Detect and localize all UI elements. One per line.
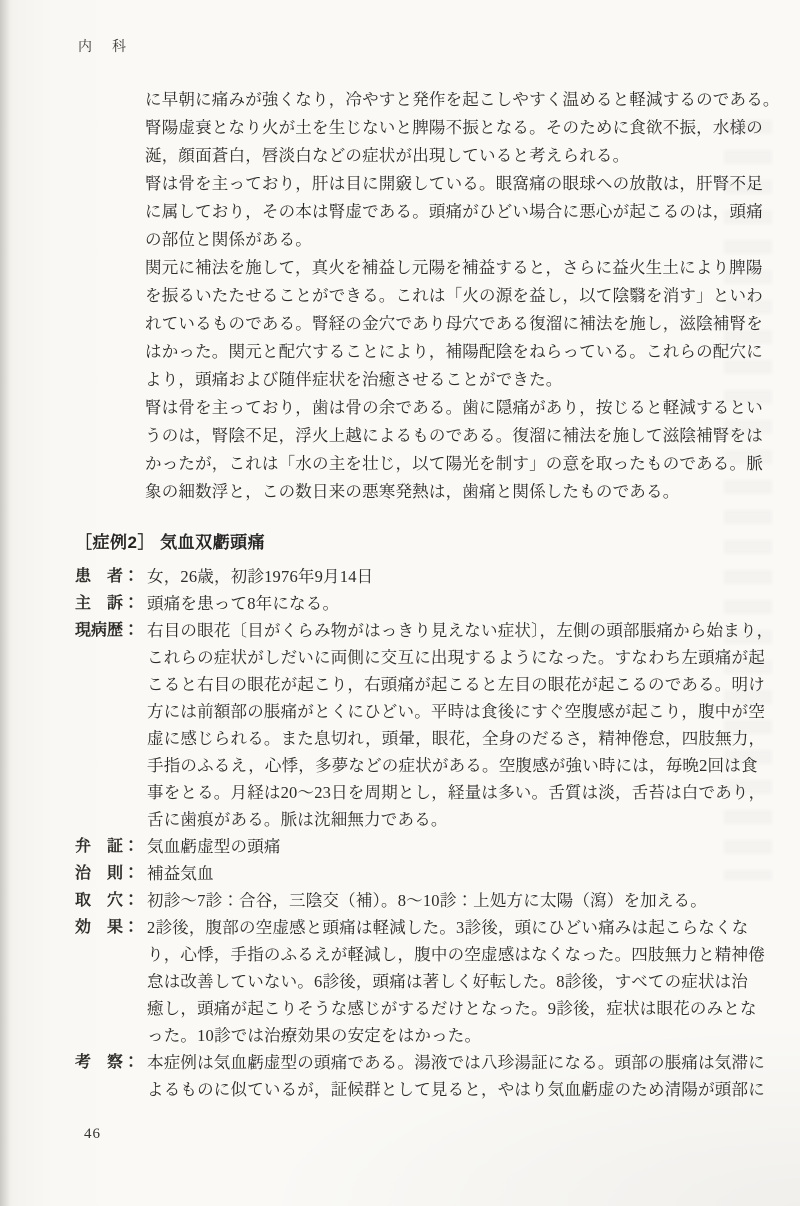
entry-content: 女，26歳，初診1976年9月14日 [147,563,747,590]
entry-content-line: 怠は改善していない。6診後，頭痛は著しく好転した。8診後，すべての症状は治 [147,968,765,995]
entry-content: 補益気血 [147,860,747,887]
body-text-line: を振るいたたせることができる。これは「火の源を益し，以て陰翳を消す」といわ [145,282,745,310]
entry-label: 弁 証： [75,833,147,860]
book-page: 内 科 に早朝に痛みが強くなり，冷やすと発作を起こしやすく温めると軽減するのであ… [0,0,800,1206]
entry-label: 現病歴： [75,617,147,644]
case-entry: 患 者： 女，26歳，初診1976年9月14日 [75,563,747,590]
body-text-line: 腎陽虚衰となり火が土を生じないと脾陽不振となる。そのために食欲不振，水様の [145,114,745,142]
entry-content: 本症例は気血虧虚型の頭痛である。湯液では八珍湯証になる。頭部の脹痛は気滞によるも… [147,1049,765,1103]
entry-content-line: 舌に歯痕がある。脈は沈細無力である。 [147,806,773,833]
body-text-line: の部位と関係がある。 [145,226,745,254]
entry-content-line: った。10診では治療効果の安定をはかった。 [147,1022,765,1049]
body-text-line: に早朝に痛みが強くなり，冷やすと発作を起こしやすく温めると軽減するのである。 [145,86,745,114]
body-text-line: うのは，腎陰不足，浮火上越によるものである。復溜に補法を施して滋陰補腎をは [145,422,745,450]
body-text-line: に属しており，その本は腎虚である。頭痛がひどい場合に悪心が起こるのは，頭痛 [145,198,745,226]
entry-content: 初診～7診：合谷，三陰交（補）。8～10診：上処方に太陽（瀉）を加える。 [147,887,747,914]
entry-content-line: 気血虧虚型の頭痛 [147,833,747,860]
entry-content: 気血虧虚型の頭痛 [147,833,747,860]
body-text-line: 関元に補法を施して，真火を補益し元陽を補益すると，さらに益火生土により脾陽 [145,254,745,282]
entry-content-line: 2診後，腹部の空虚感と頭痛は軽減した。3診後，頭にひどい痛みは起こらなくな [147,914,765,941]
entry-content-line: 右目の眼花〔目がくらみ物がはっきり見えない症状〕，左側の頭部脹痛から始まり， [147,617,773,644]
case-entry: 現病歴： 右目の眼花〔目がくらみ物がはっきり見えない症状〕，左側の頭部脹痛から始… [75,617,747,833]
entry-content-line: これらの症状がしだいに両側に交互に出現するようになった。すなわち左頭痛が起 [147,644,773,671]
entry-content: 右目の眼花〔目がくらみ物がはっきり見えない症状〕，左側の頭部脹痛から始まり，これ… [147,617,773,833]
body-text-line: はかった。関元と配穴することにより，補陽配陰をねらっている。これらの配穴に [145,338,745,366]
body-text-line: 腎は骨を主っており，歯は骨の余である。歯に隠痛があり，按じると軽減するとい [145,394,745,422]
body-text-line: れているものである。腎経の金穴であり母穴である復溜に補法を施し，滋陰補腎を [145,310,745,338]
case-heading: ［症例2］ 気血双虧頭痛 [75,531,747,555]
entry-label: 患 者： [75,563,147,590]
case-entry: 治 則： 補益気血 [75,860,747,887]
case-entry: 取 穴： 初診～7診：合谷，三陰交（補）。8～10診：上処方に太陽（瀉）を加える… [75,887,747,914]
body-text-line: 象の細数浮と，この数日来の悪寒発熱は，歯痛と関係したものである。 [145,478,745,506]
case-section: ［症例2］ 気血双虧頭痛 患 者： 女，26歳，初診1976年9月14日 主 訴… [75,531,747,1103]
entry-content-line: り，心悸，手指のふるえが軽減し，腹中の空虚感はなくなった。四肢無力と精神倦 [147,941,765,968]
running-header: 内 科 [78,36,129,56]
entry-label: 考 察： [75,1049,147,1076]
entry-content-line: 方には前額部の脹痛がとくにひどい。平時は食後にすぐ空腹感が起こり，腹中が空 [147,698,773,725]
entry-content-line: 癒し，頭痛が起こりそうな感じがするだけとなった。9診後，症状は眼花のみとな [147,995,765,1022]
entry-content-line: よるものに似ているが，証候群として見ると，やはり気血虧虚のため清陽が頭部に [147,1076,765,1103]
body-text-line: 涎，顔面蒼白，唇淡白などの症状が出現していると考えられる。 [145,142,745,170]
entry-content-line: 補益気血 [147,860,747,887]
body-text-block: に早朝に痛みが強くなり，冷やすと発作を起こしやすく温めると軽減するのである。 腎… [145,86,745,506]
body-text-line: 腎は骨を主っており，肝は目に開竅している。眼窩痛の眼球への放散は，肝腎不足 [145,170,745,198]
entry-content-line: 事をとる。月経は20～23日を周期とし，経量は多い。舌質は淡，舌苔は白であり， [147,779,773,806]
entry-content: 2診後，腹部の空虚感と頭痛は軽減した。3診後，頭にひどい痛みは起こらなくなり，心… [147,914,765,1049]
entry-label: 取 穴： [75,887,147,914]
entry-content-line: 頭痛を患って8年になる。 [147,590,747,617]
page-gutter-shadow [0,0,10,1206]
entry-content-line: こると右目の眼花が起こり，右頭痛が起こると左目の眼花が起こるのである。明け [147,671,773,698]
body-text-line: かったが，これは「水の主を壮じ，以て陽光を制す」の意を取ったものである。脈 [145,450,745,478]
case-entry: 主 訴： 頭痛を患って8年になる。 [75,590,747,617]
case-entry: 弁 証： 気血虧虚型の頭痛 [75,833,747,860]
entry-content-line: 本症例は気血虧虚型の頭痛である。湯液では八珍湯証になる。頭部の脹痛は気滞に [147,1049,765,1076]
entry-content-line: 初診～7診：合谷，三陰交（補）。8～10診：上処方に太陽（瀉）を加える。 [147,887,747,914]
entry-label: 効 果： [75,914,147,941]
entry-content-line: 虚に感じられる。また息切れ，頭暈，眼花，全身のだるさ，精神倦怠，四肢無力， [147,725,773,752]
case-entry: 考 察： 本症例は気血虧虚型の頭痛である。湯液では八珍湯証になる。頭部の脹痛は気… [75,1049,747,1103]
page-number: 46 [84,1126,101,1143]
body-text-line: より，頭痛および随伴症状を治癒させることができた。 [145,366,745,394]
entry-label: 主 訴： [75,590,147,617]
case-entry: 効 果： 2診後，腹部の空虚感と頭痛は軽減した。3診後，頭にひどい痛みは起こらな… [75,914,747,1049]
entry-content-line: 女，26歳，初診1976年9月14日 [147,563,747,590]
entry-label: 治 則： [75,860,147,887]
case-entries: 患 者： 女，26歳，初診1976年9月14日 主 訴： 頭痛を患って8年になる… [75,563,747,1103]
entry-content-line: 手指のふるえ，心悸，多夢などの症状がある。空腹感が強い時には，毎晩2回は食 [147,752,773,779]
entry-content: 頭痛を患って8年になる。 [147,590,747,617]
